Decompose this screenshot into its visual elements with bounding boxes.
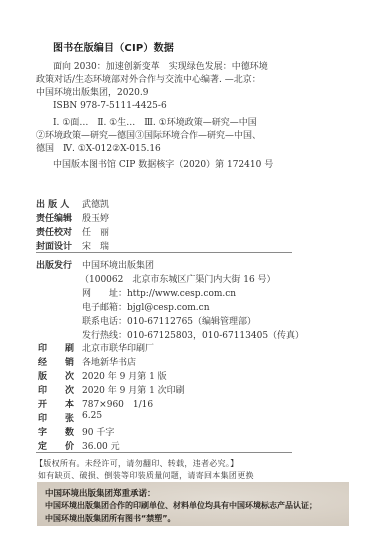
classification-line-2: ②环境政策—研究—德国③国际环境合作—研究—中国、 [36,130,261,143]
spec-value: 2020 年 9 月第 1 次印刷 [82,383,185,396]
publisher-hotline: 发行热线：010-67125803，010-67113405（传真） [82,328,304,341]
staff-label: 封面设计 [36,239,72,252]
spec-value: 36.00 元 [82,439,120,452]
commitment-line-1: 中国环境出版集团合作的印刷单位、材料单位均具有中国环境标志产品认证； [45,500,317,511]
spec-label: 印 次 [38,383,74,396]
commitment-title: 中国环境出版集团郑重承诺： [45,487,156,499]
publisher-name: 中国环境出版集团 [82,258,154,271]
cip-entry-line-2: 政策对话/生态环境部对外合作与交流中心编著. —北京： [36,74,261,87]
classification-line-1: Ⅰ. ①面… Ⅱ. ①生… Ⅲ. ①环境政策—研究—中国 [53,117,257,130]
spec-label: 字 数 [38,425,74,438]
spec-value: 2020 年 9 月第 1 版 [82,369,167,382]
spec-label: 版 次 [38,369,74,382]
publisher-phone: 联系电话：010-67112765（编辑管理部） [82,314,256,327]
staff-label: 责任编辑 [36,211,72,224]
cip-entry-line-1: 面向 2030：加速创新变革 实现绿色发展：中德环境 [53,61,268,74]
spec-label: 印 刷 [38,341,74,354]
publisher-website: 网 址：http://www.cesp.com.cn [82,286,236,299]
publisher-address: （100062 北京市东城区广渠门内大街 16 号） [80,272,276,285]
publisher-label: 出版发行 [36,258,72,271]
spec-value: 各地新华书店 [82,355,136,368]
spec-value: 北京市联华印刷厂 [82,341,154,354]
spec-label: 开 本 [38,397,74,410]
commitment-line-2: 中国环境出版集团所有图书“禁塑”。 [45,513,176,524]
staff-label: 出 版 人 [36,197,69,210]
copyright-notice: 【版权所有。未经许可，请勿翻印、转载，违者必究。】 [35,458,239,469]
isbn: ISBN 978-7-5111-4425-6 [53,100,167,113]
spec-value: 6.25 [82,411,102,421]
staff-value: 武德凯 [82,197,109,210]
staff-label: 责任校对 [36,225,72,238]
staff-value: 任 丽 [82,225,109,238]
divider [36,252,292,253]
spec-value: 787×960 1/16 [82,397,153,410]
publisher-email: 电子邮箱：bjgl@cesp.com.cn [82,300,210,313]
return-note: 如有缺页、破损、倒装等印装质量问题，请寄回本集团更换 [38,470,254,481]
spec-label: 经 销 [38,355,74,368]
classification-line-3: 德国 Ⅳ. ①X-012②X-015.16 [36,143,161,156]
spec-label: 定 价 [38,439,74,452]
staff-value: 宋 瑞 [82,239,109,252]
cip-heading: 图书在版编目（CIP）数据 [53,39,174,54]
staff-value: 殷玉婷 [82,211,109,224]
commitment-box: 中国环境出版集团郑重承诺： 中国环境出版集团合作的印刷单位、材料单位均具有中国环… [37,482,349,526]
divider [36,452,292,453]
spec-value: 90 千字 [82,425,114,438]
spec-label: 印 张 [38,411,74,424]
cip-entry-line-3: 中国环境出版集团，2020.9 [36,87,149,100]
cip-number: 中国版本图书馆 CIP 数据核字（2020）第 172410 号 [53,159,273,172]
